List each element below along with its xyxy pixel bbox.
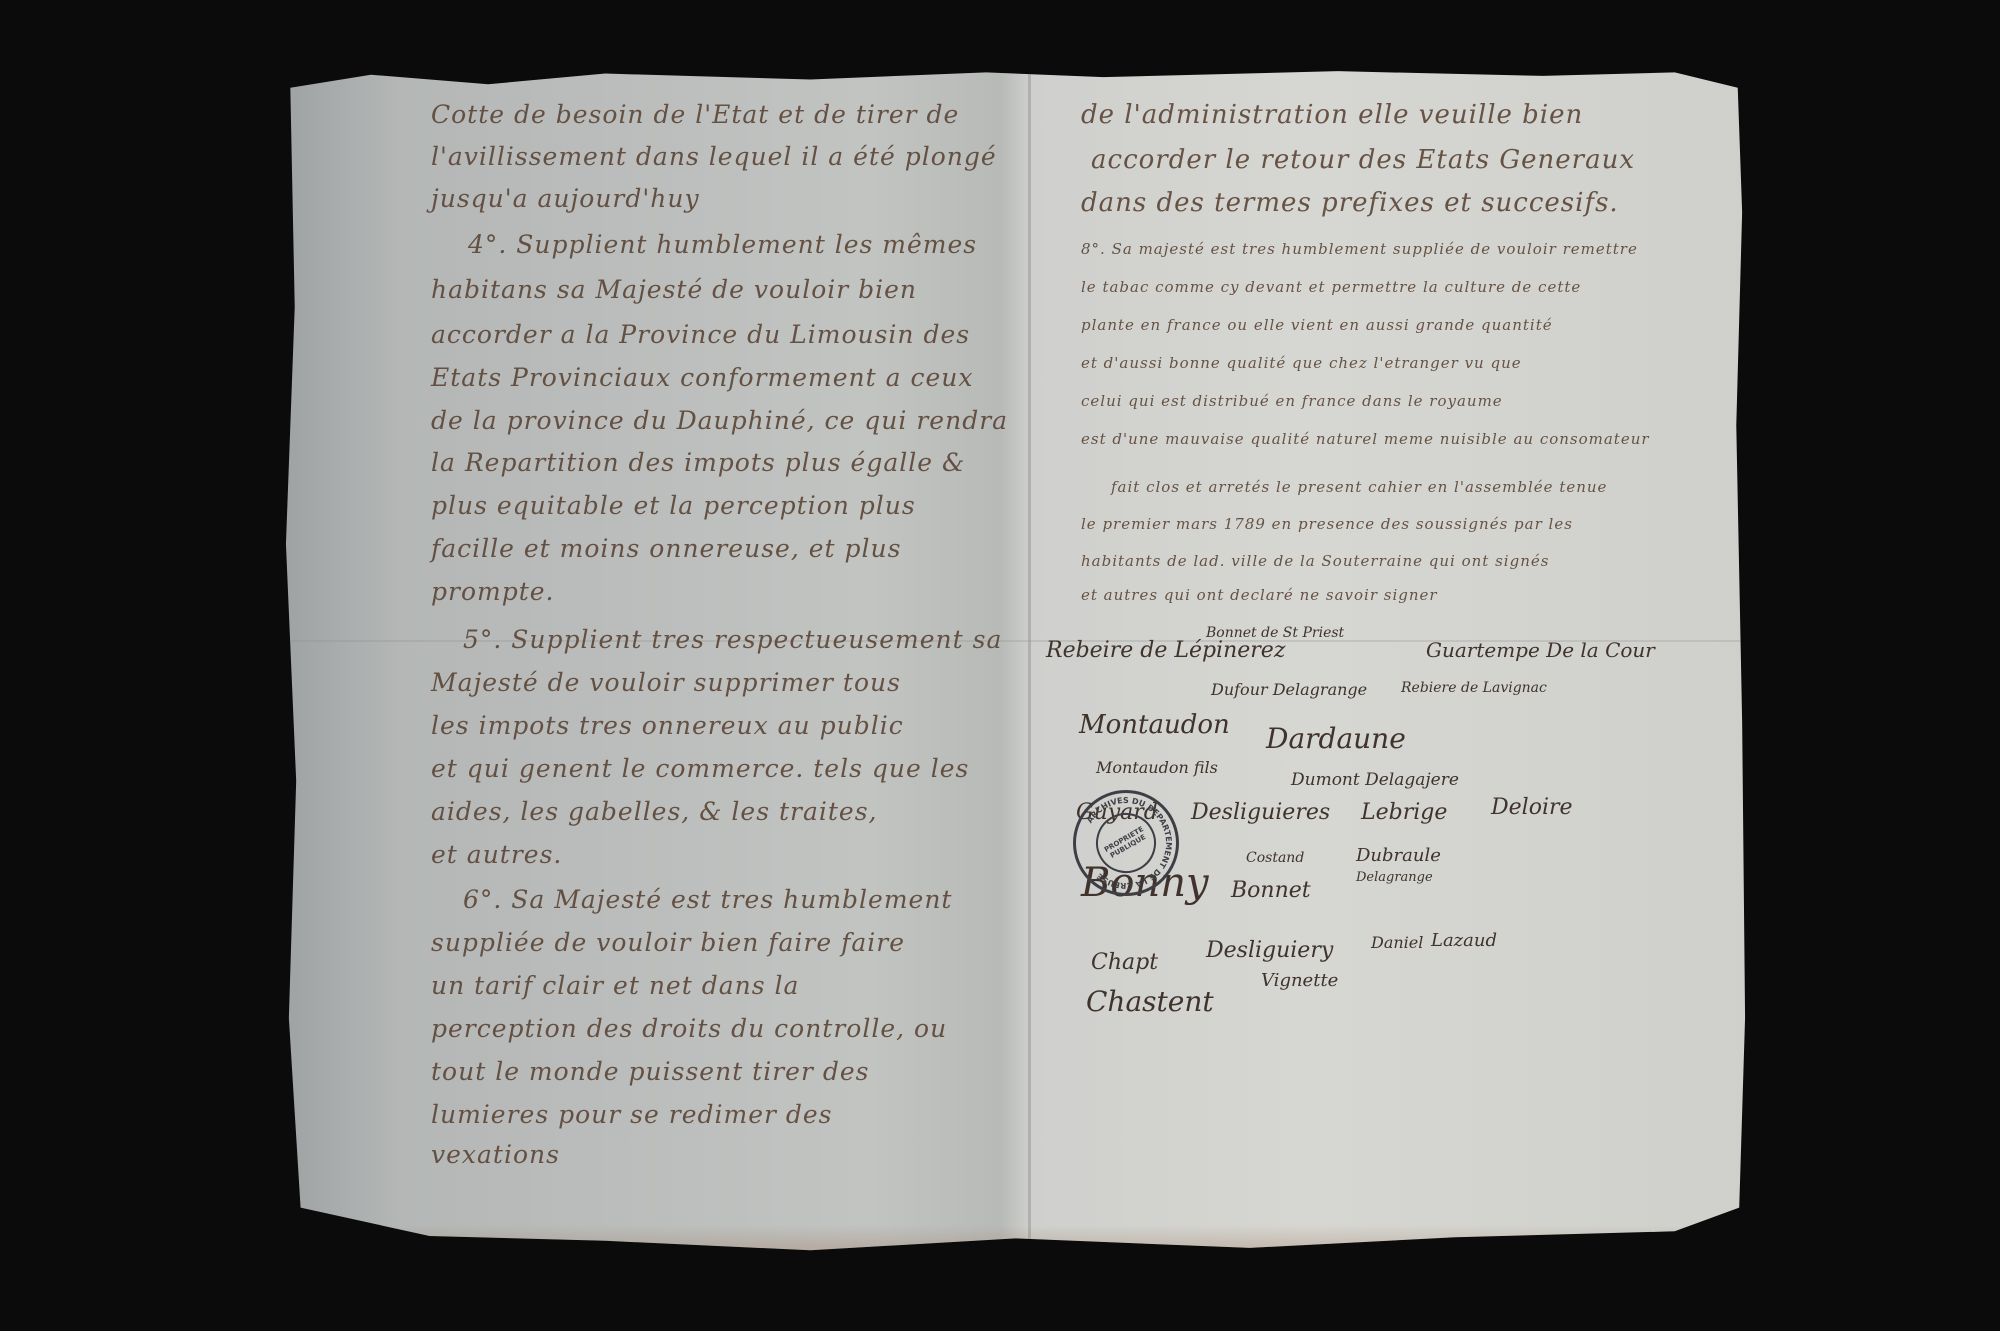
signature: Chapt	[1091, 950, 1158, 975]
text-line: prompte.	[431, 577, 555, 606]
signature: Delagrange	[1356, 870, 1433, 885]
signature: Dardaune	[1266, 722, 1406, 755]
text-line: 8°. Sa majesté est tres humblement suppl…	[1081, 240, 1638, 258]
text-line: habitants de lad. ville de la Souterrain…	[1081, 552, 1549, 570]
signature: Rebeire de Lépinerez	[1046, 638, 1285, 663]
text-line: Cotte de besoin de l'Etat et de tirer de	[431, 100, 959, 129]
text-line: 5°. Supplient tres respectueusement sa	[463, 625, 1002, 654]
text-line: vexations	[431, 1140, 560, 1169]
text-line: les impots tres onnereux au public	[431, 711, 904, 740]
text-line: de l'administration elle veuille bien	[1081, 100, 1583, 130]
signature: Bonnet de St Priest	[1206, 625, 1344, 641]
text-line: de la province du Dauphiné, ce qui rendr…	[431, 406, 1008, 435]
text-line: le premier mars 1789 en presence des sou…	[1081, 515, 1573, 533]
text-line: celui qui est distribué en france dans l…	[1081, 392, 1503, 410]
manuscript-sheet: Cotte de besoin de l'Etat et de tirer de…	[283, 70, 1748, 1255]
text-line: accorder le retour des Etats Generaux	[1091, 145, 1635, 175]
text-line: jusqu'a aujourd'huy	[431, 184, 700, 213]
text-line: le tabac comme cy devant et permettre la…	[1081, 278, 1581, 296]
signature: Lebrige	[1361, 800, 1447, 825]
text-line: aides, les gabelles, & les traites,	[431, 797, 878, 826]
signature: Dufour Delagrange	[1211, 680, 1367, 699]
left-page: Cotte de besoin de l'Etat et de tirer de…	[283, 70, 1028, 1255]
text-line: 6°. Sa Majesté est tres humblement	[463, 885, 952, 914]
signature: Montaudon	[1079, 710, 1230, 740]
text-line: un tarif clair et net dans la	[431, 971, 799, 1000]
signature: Guartempe De la Cour	[1426, 638, 1655, 662]
signature: Vignette	[1261, 970, 1338, 991]
signature: Desliguiery	[1206, 938, 1333, 963]
text-line: et autres.	[431, 840, 562, 869]
text-line: accorder a la Province du Limousin des	[431, 320, 970, 349]
signature: Chastent	[1086, 985, 1214, 1018]
text-line: et autres qui ont declaré ne savoir sign…	[1081, 586, 1438, 604]
text-line: tout le monde puissent tirer des	[431, 1057, 870, 1086]
signature: Dumont Delagajere	[1291, 770, 1459, 790]
text-line: fait clos et arretés le present cahier e…	[1111, 478, 1607, 496]
text-line: dans des termes prefixes et succesifs.	[1081, 188, 1619, 218]
text-line: et d'aussi bonne qualité que chez l'etra…	[1081, 354, 1522, 372]
archives-stamp: ARCHIVES DU DEPARTEMENT DE LA CREUSE PRO…	[1073, 790, 1179, 896]
signature: Desliguieres	[1191, 800, 1330, 825]
text-line: perception des droits du controlle, ou	[431, 1014, 947, 1043]
text-line: suppliée de vouloir bien faire faire	[431, 928, 905, 957]
signature: Daniel	[1371, 933, 1423, 952]
text-line: habitans sa Majesté de vouloir bien	[431, 275, 917, 304]
text-line: est d'une mauvaise qualité naturel meme …	[1081, 430, 1650, 448]
text-line: plus equitable et la perception plus	[431, 491, 916, 520]
text-line: plante en france ou elle vient en aussi …	[1081, 316, 1553, 334]
text-line: et qui genent le commerce. tels que les	[431, 754, 969, 783]
signature: Dubraule	[1356, 845, 1441, 866]
signature: Montaudon fils	[1096, 758, 1218, 777]
right-page: de l'administration elle veuille bien ac…	[1031, 70, 1748, 1255]
text-line: lumieres pour se redimer des	[431, 1100, 833, 1129]
signature: Deloire	[1491, 795, 1573, 820]
text-line: facille et moins onnereuse, et plus	[431, 534, 901, 563]
text-line: l'avillissement dans lequel il a été plo…	[431, 142, 997, 171]
text-line: la Repartition des impots plus égalle &	[431, 448, 965, 477]
signature: Lazaud	[1431, 930, 1497, 951]
signature: Rebiere de Lavignac	[1401, 680, 1547, 696]
signature: Bonnet	[1231, 878, 1311, 903]
text-line: Etats Provinciaux conformement a ceux	[431, 363, 973, 392]
text-line: Majesté de vouloir supprimer tous	[431, 668, 901, 697]
text-line: 4°. Supplient humblement les mêmes	[468, 230, 977, 259]
signature: Costand	[1246, 850, 1304, 866]
